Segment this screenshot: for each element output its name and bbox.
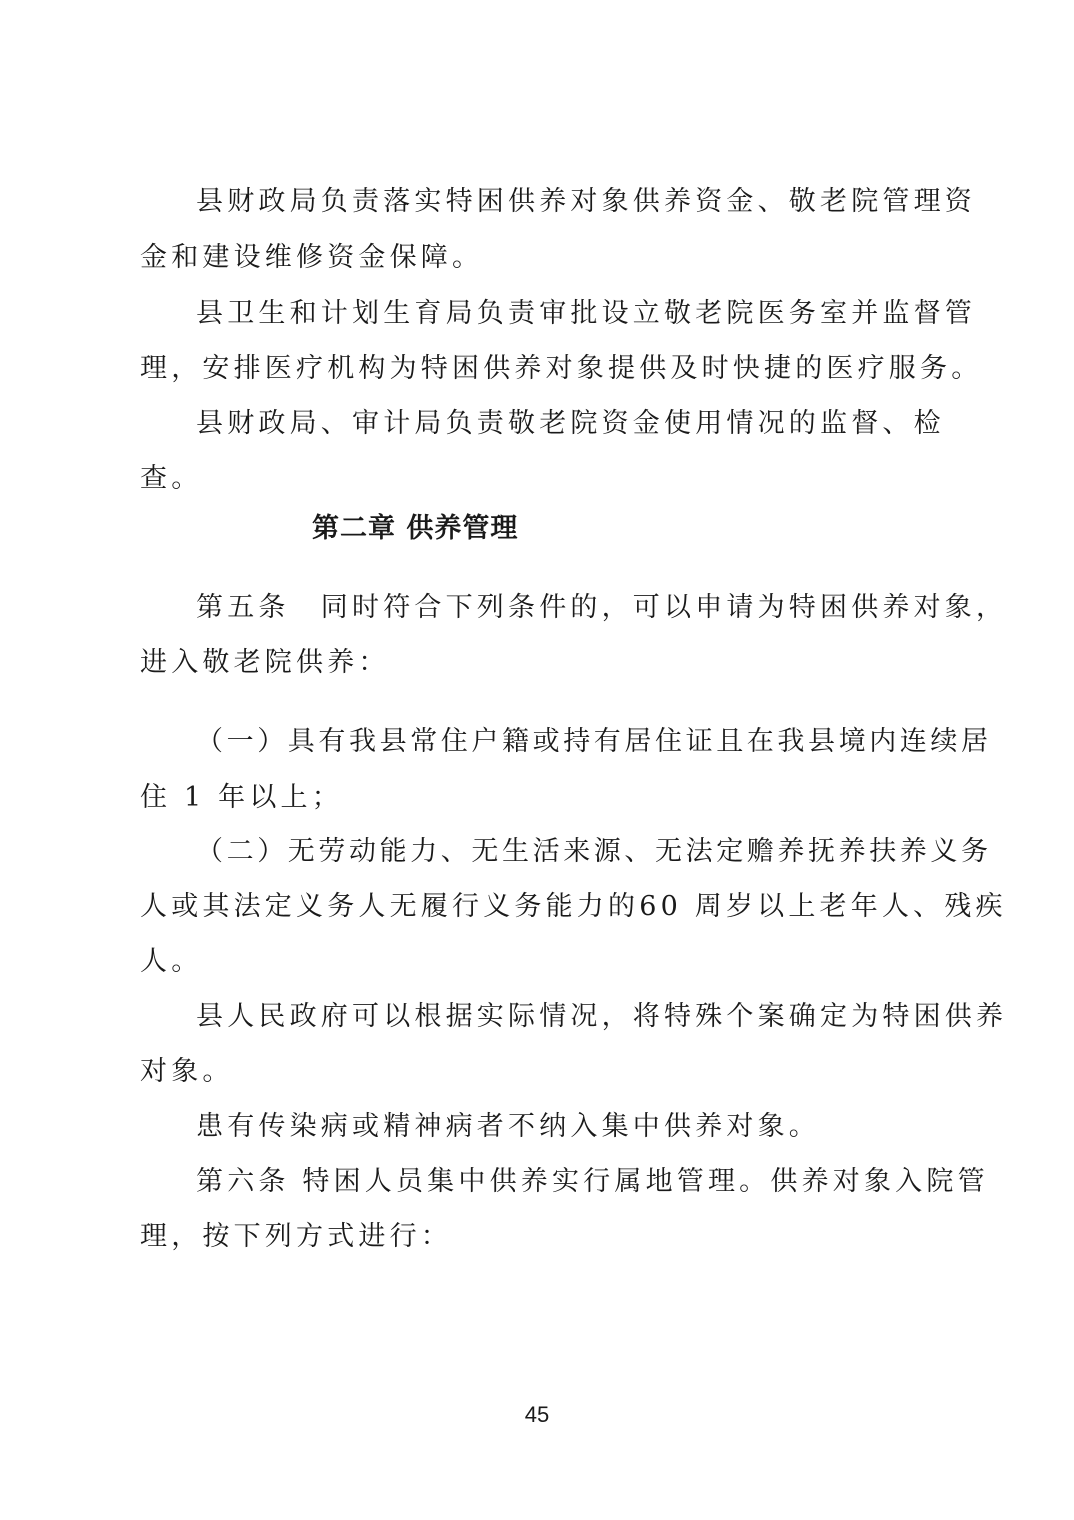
article-5-item-1-line-1: （一）具有我县常住户籍或持有居住证且在我县境内连续居: [196, 724, 992, 760]
paragraph-health-bureau-line-1: 县卫生和计划生育局负责审批设立敬老院医务室并监督管: [196, 296, 976, 332]
paragraph-audit-line-2: 查。: [140, 461, 202, 497]
page-number: 45: [0, 1402, 1074, 1428]
article-6-line-1: 第六条 特困人员集中供养实行属地管理。供养对象入院管: [196, 1164, 989, 1200]
special-cases-line-2: 对象。: [140, 1054, 234, 1090]
paragraph-finance-bureau-line-2: 金和建设维修资金保障。: [140, 240, 483, 276]
chapter-heading: 第二章 供养管理: [312, 511, 518, 547]
article-5-item-1-line-2: 住 1 年以上；: [140, 780, 343, 816]
article-6-line-2: 理，按下列方式进行：: [140, 1219, 452, 1255]
article-5-item-2-line-2: 人或其法定义务人无履行义务能力的60 周岁以上老年人、残疾: [140, 889, 1007, 925]
document-page: 县财政局负责落实特困供养对象供养资金、敬老院管理资 金和建设维修资金保障。 县卫…: [0, 0, 1074, 1520]
article-5-line-1: 第五条 同时符合下列条件的，可以申请为特困供养对象，: [196, 590, 1007, 626]
article-5-item-2-line-1: （二）无劳动能力、无生活来源、无法定赡养抚养扶养义务: [196, 834, 992, 870]
special-cases-line-1: 县人民政府可以根据实际情况，将特殊个案确定为特困供养: [196, 999, 1007, 1035]
paragraph-audit-line-1: 县财政局、审计局负责敬老院资金使用情况的监督、检: [196, 406, 945, 442]
paragraph-health-bureau-line-2: 理，安排医疗机构为特困供养对象提供及时快捷的医疗服务。: [140, 351, 982, 387]
article-5-line-2: 进入敬老院供养：: [140, 645, 390, 681]
exclusion-line: 患有传染病或精神病者不纳入集中供养对象。: [196, 1109, 820, 1145]
article-5-item-2-line-3: 人。: [140, 944, 202, 980]
paragraph-finance-bureau-line-1: 县财政局负责落实特困供养对象供养资金、敬老院管理资: [196, 184, 976, 220]
